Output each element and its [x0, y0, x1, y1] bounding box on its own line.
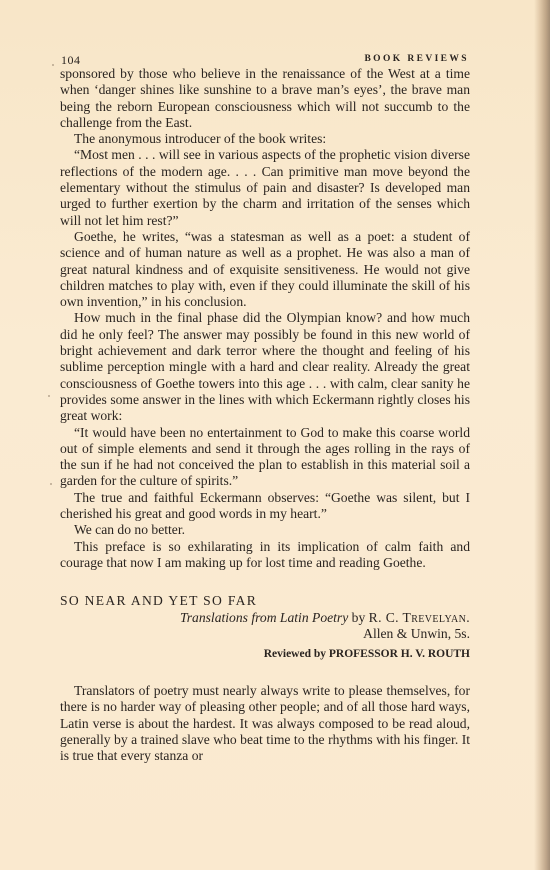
quote-paragraph: “Most men . . . will see in various aspe…	[60, 147, 470, 228]
paragraph: sponsored by those who believe in the re…	[60, 66, 470, 131]
book-title: Translations from Latin Poetry	[180, 610, 348, 625]
book-author: R. C. Trevelyan.	[369, 610, 470, 625]
publisher-price: Allen & Unwin, 5s.	[60, 626, 470, 642]
paragraph: This preface is so exhilarating in its i…	[60, 539, 470, 572]
paragraph: The true and faithful Eckermann observes…	[60, 490, 470, 523]
quote-paragraph: “It would have been no entertainment to …	[60, 425, 470, 490]
review-title: SO NEAR AND YET SO FAR	[60, 593, 470, 609]
paragraph: Goethe, he writes, “was a statesman as w…	[60, 229, 470, 310]
review-body: Translators of poetry must nearly always…	[60, 683, 470, 764]
page-header: 104 BOOK REVIEWS	[61, 53, 469, 67]
paragraph: We can do no better.	[60, 522, 470, 538]
book-citation: Translations from Latin Poetry by R. C. …	[60, 610, 470, 626]
paper-speck	[48, 395, 50, 397]
review-heading-block: SO NEAR AND YET SO FAR Translations from…	[60, 593, 470, 662]
previous-review-text: sponsored by those who believe in the re…	[60, 66, 470, 571]
reviewer-byline: Reviewed by PROFESSOR H. V. ROUTH	[60, 647, 470, 662]
paper-speck	[50, 483, 52, 485]
paper-speck	[52, 64, 54, 66]
paragraph: How much in the final phase did the Olym…	[60, 310, 470, 424]
paragraph: The anonymous introducer of the book wri…	[60, 131, 470, 147]
paragraph: Translators of poetry must nearly always…	[60, 683, 470, 764]
by-label: by	[348, 610, 368, 625]
book-page: 104 BOOK REVIEWS sponsored by those who …	[0, 0, 550, 870]
running-head: BOOK REVIEWS	[364, 54, 469, 64]
